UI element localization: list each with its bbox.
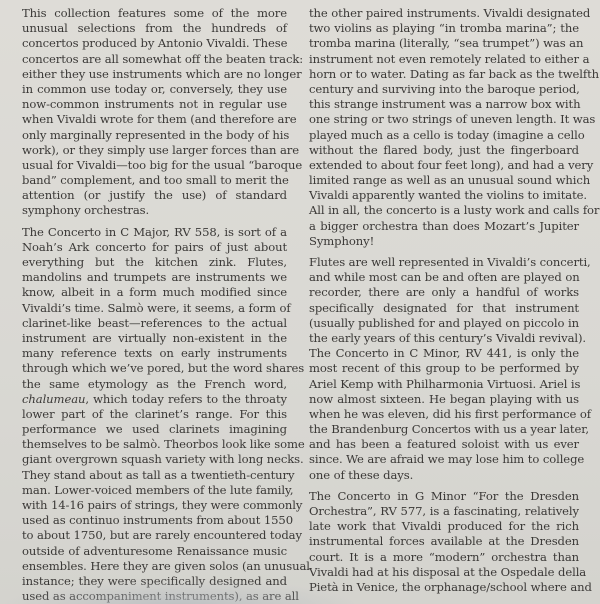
text-line: All in all, the concerto is a lusty work… bbox=[309, 203, 579, 218]
text-line: They stand about as tall as a twentieth-… bbox=[22, 468, 287, 483]
left-column: This collection features some of the mor… bbox=[22, 6, 287, 604]
text-line: Noah’s Ark concerto for pairs of just ab… bbox=[22, 240, 287, 255]
page-bottom-shadow bbox=[0, 578, 600, 604]
text-line: themselves to be salmò. Theorbos look li… bbox=[22, 437, 287, 452]
text-line: everything but the kitchen zink. Flutes, bbox=[22, 255, 287, 270]
text-line: late work that Vivaldi produced for the … bbox=[309, 519, 579, 534]
text-line: Symphony! bbox=[309, 234, 579, 249]
paragraph-intro: This collection features some of the mor… bbox=[22, 6, 287, 219]
text-line: concertos are all somewhat off the beate… bbox=[22, 52, 287, 67]
text-line: Vivaldi apparently wanted the violins to… bbox=[309, 188, 579, 203]
text-line: the Brandenburg Concertos with us a year… bbox=[309, 422, 579, 437]
text-line: man. Lower-voiced members of the lute fa… bbox=[22, 483, 287, 498]
text-line: limited range as well as an unusual soun… bbox=[309, 173, 579, 188]
text-line: horn or to water. Dating as far back as … bbox=[309, 67, 579, 82]
text-line: many reference texts on early instrument… bbox=[22, 346, 287, 361]
text-line: lower part of the clarinet’s range. For … bbox=[22, 407, 287, 422]
text-line: Orchestra”, RV 577, is a fascinating, re… bbox=[309, 504, 579, 519]
text-line: work), or they simply use larger forces … bbox=[22, 143, 287, 158]
text-line: in common use today or, conversely, they… bbox=[22, 82, 287, 97]
text-line: court. It is a more “modern” orchestra t… bbox=[309, 550, 579, 565]
text-line: Flutes are well represented in Vivaldi’s… bbox=[309, 255, 579, 270]
text-line: know, albeit in a form much modified sin… bbox=[22, 285, 287, 300]
text-line: recorder, there are only a handful of wo… bbox=[309, 285, 579, 300]
text-line: concertos produced by Antonio Vivaldi. T… bbox=[22, 36, 287, 51]
text-line: used as continuo instruments from about … bbox=[22, 513, 287, 528]
text-line: tromba marina (literally, “sea trumpet”)… bbox=[309, 36, 579, 51]
text-line: most recent of this group to be performe… bbox=[309, 361, 579, 376]
text-line: when Vivaldi wrote for them (and therefo… bbox=[22, 112, 287, 127]
text-line: when he was eleven, did his first perfor… bbox=[309, 407, 579, 422]
italic-term: chalumeau bbox=[22, 392, 85, 406]
text-line: now-common instruments not in regular us… bbox=[22, 97, 287, 112]
text-line: extended to about four feet long), and h… bbox=[309, 158, 579, 173]
text-line: either they use instruments which are no… bbox=[22, 67, 287, 82]
text-line: to about 1750, but are rarely encountere… bbox=[22, 528, 287, 543]
text-line: instrument not even remotely related to … bbox=[309, 52, 579, 67]
text-line: Vivaldi’s time. Salmò were, it seems, a … bbox=[22, 301, 287, 316]
text-line: The Concerto in G Minor “For the Dresden bbox=[309, 489, 579, 504]
text-line: Ariel Kemp with Philharmonia Virtuosi. A… bbox=[309, 377, 579, 392]
text-line: and has been a featured soloist with us … bbox=[309, 437, 579, 452]
text-line: ensembles. Here they are given solos (an… bbox=[22, 559, 287, 574]
right-column: the other paired instruments. Vivaldi de… bbox=[309, 6, 579, 601]
text-line: performance we used clarinets imagining bbox=[22, 422, 287, 437]
text-line: The Concerto in C Major, RV 558, is sort… bbox=[22, 225, 287, 240]
text-line: band” complement, and too small to merit… bbox=[22, 173, 287, 188]
text-line: attention (or justify the use) of standa… bbox=[22, 188, 287, 203]
text-line: the other paired instruments. Vivaldi de… bbox=[309, 6, 579, 21]
text-line: a bigger orchestra than does Mozart’s Ju… bbox=[309, 219, 579, 234]
text-line: the early years of this century’s Vivald… bbox=[309, 331, 579, 346]
paragraph-rv558: The Concerto in C Major, RV 558, is sort… bbox=[22, 225, 287, 604]
text-line: with 14-16 pairs of strings, they were c… bbox=[22, 498, 287, 513]
text-line-with-italic: chalumeau, which today refers to the thr… bbox=[22, 392, 287, 407]
text-line: instrumental forces available at the Dre… bbox=[309, 534, 579, 549]
text-line: now almost sixteen. He began playing wit… bbox=[309, 392, 579, 407]
text-line: and while most can be and often are play… bbox=[309, 270, 579, 285]
text-line: usual for Vivaldi—too big for the usual … bbox=[22, 158, 287, 173]
liner-notes-page: This collection features some of the mor… bbox=[0, 0, 600, 604]
text-line: The Concerto in C Minor, RV 441, is only… bbox=[309, 346, 579, 361]
text-fragment: , which today refers to the throaty bbox=[85, 392, 287, 406]
text-line: without the flared body, just the finger… bbox=[309, 143, 579, 158]
text-line: two violins as playing “in tromba marina… bbox=[309, 21, 579, 36]
text-line: one of these days. bbox=[309, 468, 579, 483]
text-line: only marginally represented in the body … bbox=[22, 128, 287, 143]
text-line: unusual selections from the hundreds of bbox=[22, 21, 287, 36]
text-line: through which we’ve pored, but the word … bbox=[22, 361, 287, 376]
text-line: clarinet-like beast—references to the ac… bbox=[22, 316, 287, 331]
paragraph-tromba-marina: the other paired instruments. Vivaldi de… bbox=[309, 6, 579, 249]
text-line: specifically designated for that instrum… bbox=[309, 301, 579, 316]
text-line: one string or two strings of uneven leng… bbox=[309, 112, 579, 127]
text-line: the same etymology as the French word, bbox=[22, 377, 287, 392]
text-line: century and surviving into the baroque p… bbox=[309, 82, 579, 97]
paragraph-rv441: Flutes are well represented in Vivaldi’s… bbox=[309, 255, 579, 483]
text-line: giant overgrown squash variety with long… bbox=[22, 452, 287, 467]
text-line: outside of adventuresome Renaissance mus… bbox=[22, 544, 287, 559]
text-line: This collection features some of the mor… bbox=[22, 6, 287, 21]
text-line: instrument are virtually non-existent in… bbox=[22, 331, 287, 346]
text-line: mandolins and trumpets are instruments w… bbox=[22, 270, 287, 285]
text-line: (usually published for and played on pic… bbox=[309, 316, 579, 331]
text-line: this strange instrument was a narrow box… bbox=[309, 97, 579, 112]
text-line: played much as a cello is today (imagine… bbox=[309, 128, 579, 143]
text-line: symphony orchestras. bbox=[22, 203, 287, 218]
text-line: since. We are afraid we may lose him to … bbox=[309, 452, 579, 467]
